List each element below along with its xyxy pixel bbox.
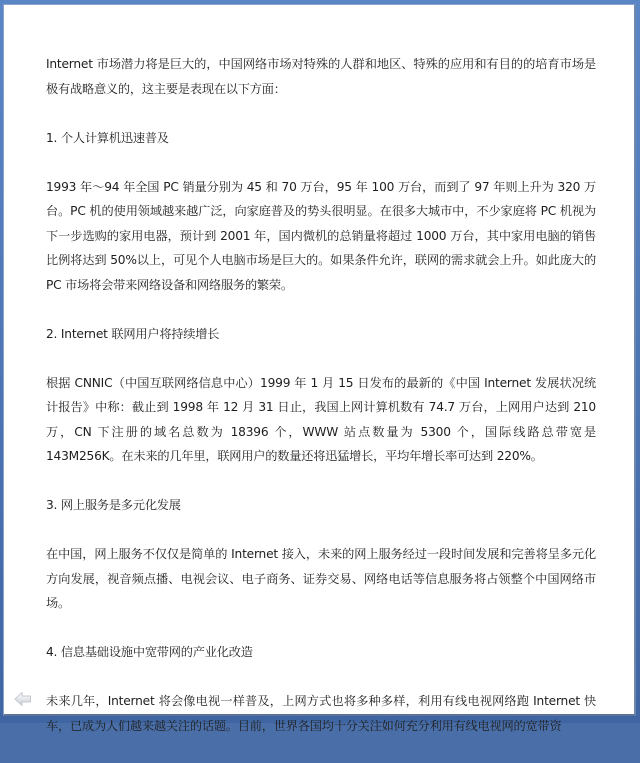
section-body-1: 1993 年～94 年全国 PC 销量分别为 45 和 70 万台，95 年 1… <box>46 175 596 298</box>
window-frame: Internet 市场潜力将是巨大的，中国网络市场对特殊的人群和地区、特殊的应用… <box>0 0 640 723</box>
back-button[interactable] <box>14 691 32 707</box>
section-heading-1: 1. 个人计算机迅速普及 <box>46 126 596 151</box>
section-heading-3: 3. 网上服务是多元化发展 <box>46 493 596 518</box>
section-heading-2: 2. Internet 联网用户将持续增长 <box>46 322 596 347</box>
intro-paragraph: Internet 市场潜力将是巨大的，中国网络市场对特殊的人群和地区、特殊的应用… <box>46 52 596 101</box>
section-body-3: 在中国，网上服务不仅仅是简单的 Internet 接入，未来的网上服务经过一段时… <box>46 542 596 616</box>
document-content: Internet 市场潜力将是巨大的，中国网络市场对特殊的人群和地区、特殊的应用… <box>46 52 596 723</box>
left-arrow-icon <box>14 691 32 707</box>
section-body-2: 根据 CNNIC（中国互联网络信息中心）1999 年 1 月 15 日发布的最新… <box>46 371 596 469</box>
section-body-4: 未来几年，Internet 将会像电视一样普及，上网方式也将多种多样，利用有线电… <box>46 689 596 723</box>
section-heading-4: 4. 信息基础设施中宽带网的产业化改造 <box>46 640 596 665</box>
